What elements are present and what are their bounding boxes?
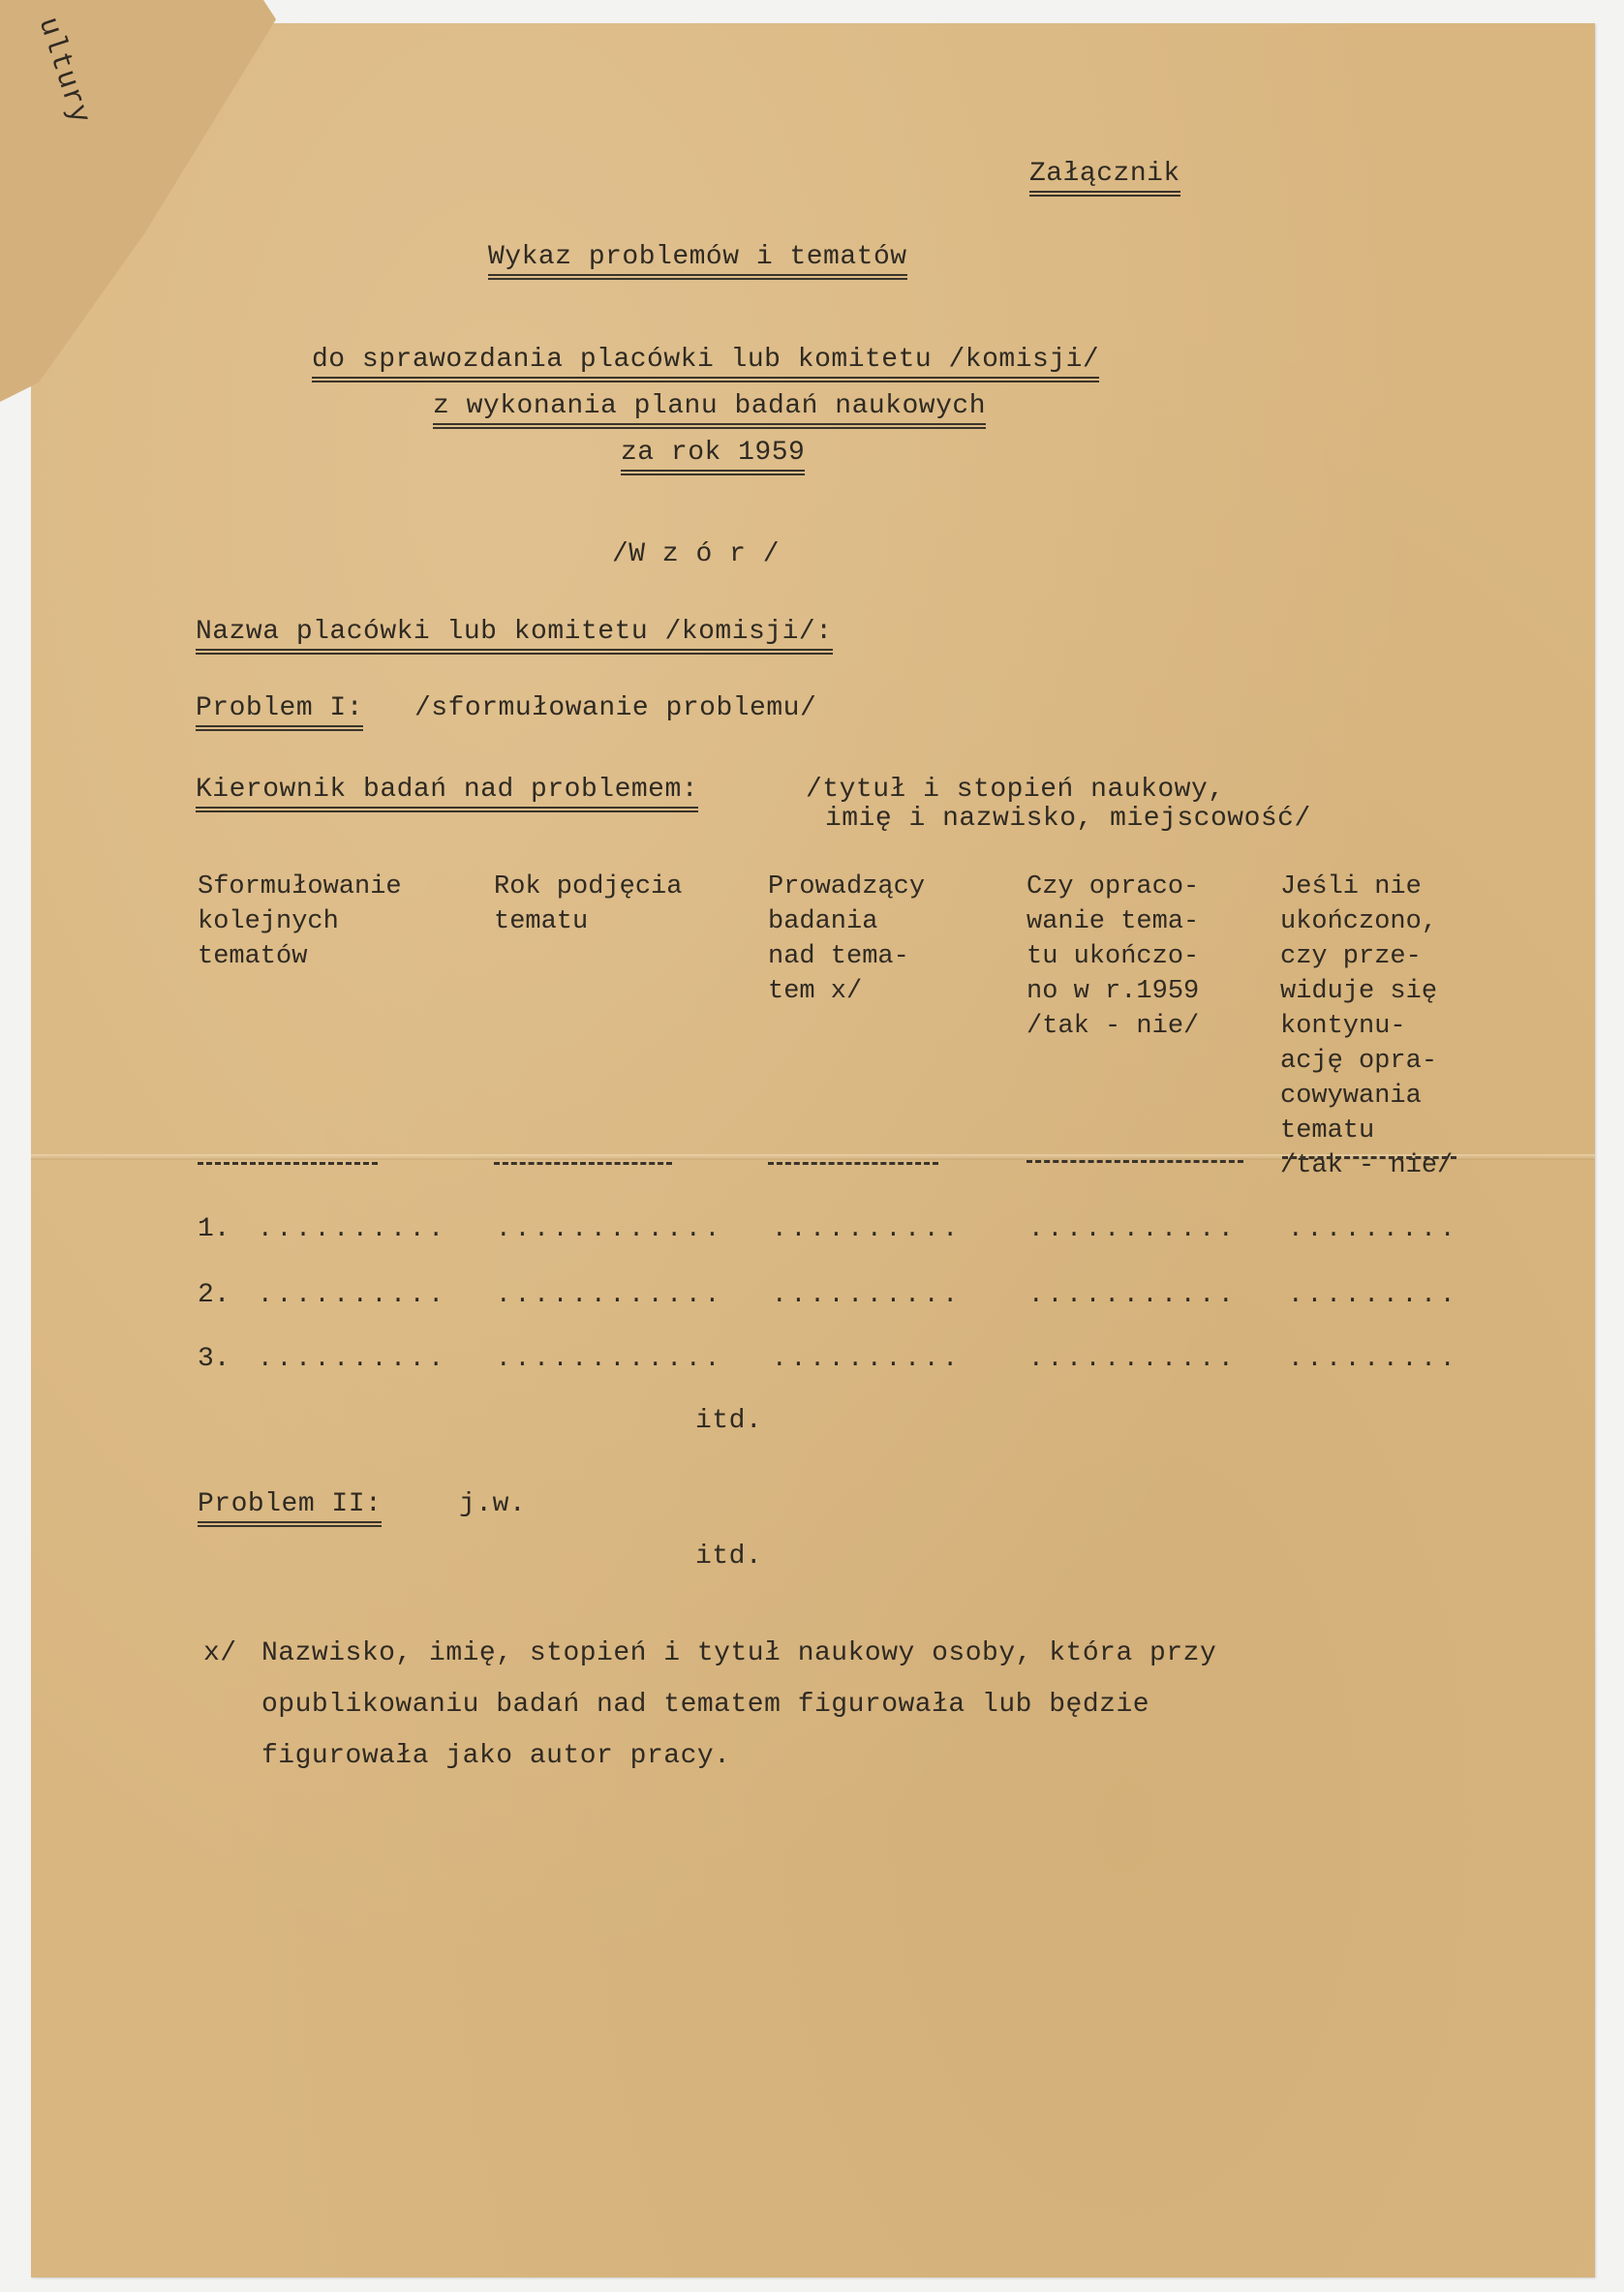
problem-2-value: j.w. bbox=[459, 1489, 526, 1519]
row-number: 2. bbox=[198, 1280, 230, 1310]
research-head-label: Kierownik badań nad problemem: bbox=[196, 775, 698, 812]
footnote-line-1: Nazwisko, imię, stopień i tytuł naukowy … bbox=[261, 1638, 1216, 1668]
table-cell: ............ bbox=[496, 1280, 723, 1309]
column-rule-5 bbox=[1282, 1156, 1456, 1163]
etc-label: itd. bbox=[695, 1406, 762, 1436]
table-cell: .......... bbox=[258, 1280, 447, 1309]
table-cell: ......... bbox=[1288, 1344, 1458, 1373]
flap-text: ultury bbox=[31, 14, 97, 129]
table-cell: .......... bbox=[772, 1344, 962, 1373]
table-cell: ......... bbox=[1288, 1280, 1458, 1309]
table-cell: .......... bbox=[772, 1280, 962, 1309]
column-header-lead: Prowadzący badania nad tema- tem x/ bbox=[768, 870, 925, 1009]
problem-1-value: /sformułowanie problemu/ bbox=[414, 693, 816, 723]
subtitle-line-2: z wykonania planu badań naukowych bbox=[433, 391, 986, 429]
etc-label-2: itd. bbox=[695, 1542, 762, 1572]
column-rule-4 bbox=[1026, 1160, 1243, 1167]
column-header-year: Rok podjęcia tematu bbox=[494, 870, 682, 939]
column-header-topic: Sformułowanie kolejnych tematów bbox=[198, 870, 402, 974]
column-rule-3 bbox=[768, 1162, 938, 1169]
subtitle-line-3: za rok 1959 bbox=[621, 438, 805, 475]
table-cell: .......... bbox=[258, 1214, 447, 1243]
table-cell: ........... bbox=[1028, 1344, 1238, 1373]
table-cell: .......... bbox=[772, 1214, 962, 1243]
subtitle-line-1: do sprawozdania placówki lub komitetu /k… bbox=[312, 345, 1099, 382]
row-number: 1. bbox=[198, 1214, 230, 1244]
research-head-value-line-1: /tytuł i stopień naukowy, bbox=[806, 775, 1225, 805]
column-header-completed: Czy opraco- wanie tema- tu ukończo- no w… bbox=[1026, 870, 1199, 1044]
table-cell: .......... bbox=[258, 1344, 447, 1373]
template-label: /W z ó r / bbox=[612, 539, 780, 569]
column-rule-2 bbox=[494, 1162, 672, 1169]
table-cell: ........... bbox=[1028, 1214, 1238, 1243]
table-cell: ............ bbox=[496, 1214, 723, 1243]
institution-name-label: Nazwa placówki lub komitetu /komisji/: bbox=[196, 617, 833, 655]
research-head-value-line-2: imię i nazwisko, miejscowość/ bbox=[825, 804, 1311, 834]
problem-2-label: Problem II: bbox=[198, 1489, 382, 1527]
column-header-continuation: Jeśli nie ukończono, czy prze- widuje si… bbox=[1280, 870, 1453, 1183]
document-title: Wykaz problemów i tematów bbox=[488, 242, 907, 280]
problem-1-label: Problem I: bbox=[196, 693, 363, 731]
table-cell: ........... bbox=[1028, 1280, 1238, 1309]
footnote-line-3: figurowała jako autor pracy. bbox=[261, 1741, 730, 1771]
table-cell: ......... bbox=[1288, 1214, 1458, 1243]
attachment-label: Załącznik bbox=[1029, 159, 1180, 197]
row-number: 3. bbox=[198, 1344, 230, 1374]
footnote-marker: x/ bbox=[203, 1638, 237, 1668]
table-cell: ............ bbox=[496, 1344, 723, 1373]
column-rule-1 bbox=[198, 1162, 378, 1169]
footnote-line-2: opublikowaniu badań nad tematem figurowa… bbox=[261, 1690, 1149, 1720]
